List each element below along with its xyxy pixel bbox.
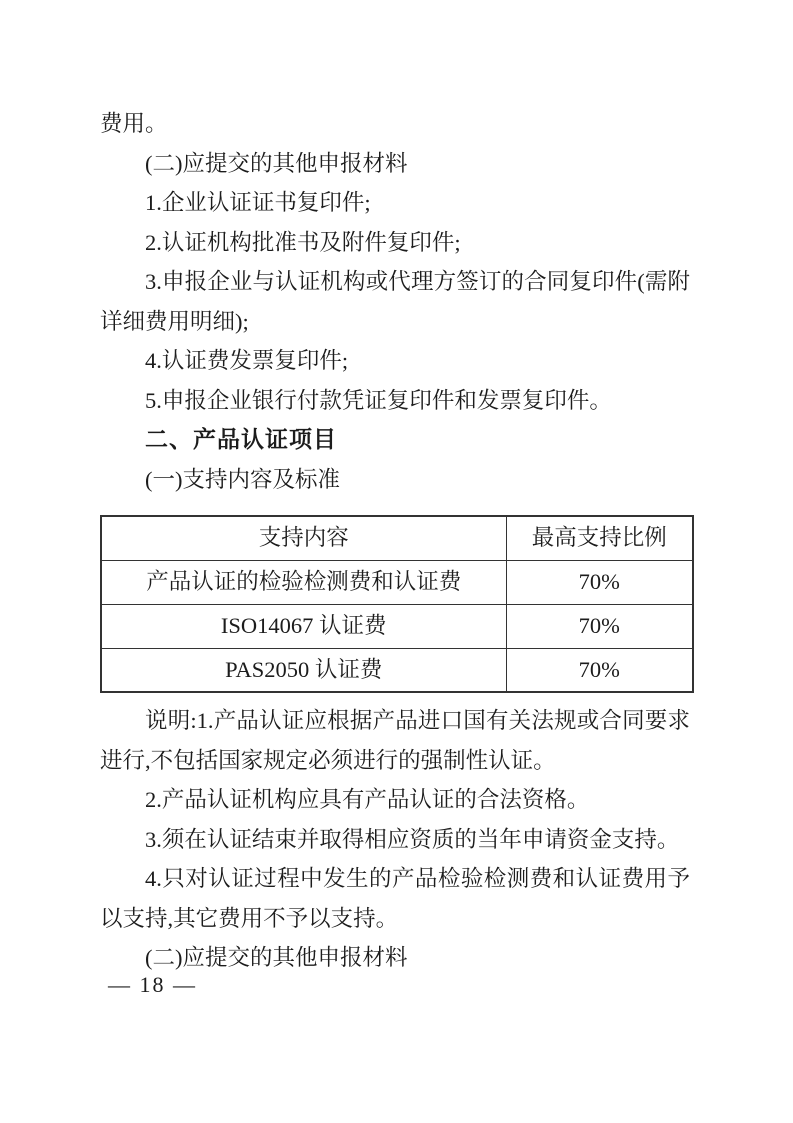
table-cell-ratio: 70% bbox=[506, 604, 693, 648]
table-header-max-support-ratio: 最高支持比例 bbox=[506, 516, 693, 560]
document-body: 费用。 (二)应提交的其他申报材料 1.企业认证证书复印件; 2.认证机构批准书… bbox=[100, 104, 690, 978]
heading-section1-sub2: (二)应提交的其他申报材料 bbox=[100, 144, 690, 184]
note-2: 2.产品认证机构应具有产品认证的合法资格。 bbox=[100, 780, 690, 820]
list-item-1: 1.企业认证证书复印件; bbox=[100, 183, 690, 223]
table-cell-item: PAS2050 认证费 bbox=[101, 648, 506, 692]
table-header-row: 支持内容 最高支持比例 bbox=[101, 516, 693, 560]
heading-section2: 二、产品认证项目 bbox=[100, 420, 690, 460]
note-4: 4.只对认证过程中发生的产品检验检测费和认证费用予以支持,其它费用不予以支持。 bbox=[100, 859, 690, 938]
document-page: 费用。 (二)应提交的其他申报材料 1.企业认证证书复印件; 2.认证机构批准书… bbox=[0, 0, 793, 1123]
list-item-3: 3.申报企业与认证机构或代理方签订的合同复印件(需附详细费用明细); bbox=[100, 262, 690, 341]
support-content-table: 支持内容 最高支持比例 产品认证的检验检测费和认证费 70% ISO14067 … bbox=[100, 515, 694, 693]
note-1: 说明:1.产品认证应根据产品进口国有关法规或合同要求进行,不包括国家规定必须进行… bbox=[100, 701, 690, 780]
list-item-5: 5.申报企业银行付款凭证复印件和发票复印件。 bbox=[100, 381, 690, 421]
table-row-product-cert: 产品认证的检验检测费和认证费 70% bbox=[101, 560, 693, 604]
heading-section2-sub1: (一)支持内容及标准 bbox=[100, 460, 690, 500]
table-cell-ratio: 70% bbox=[506, 560, 693, 604]
paragraph-continuation: 费用。 bbox=[100, 104, 690, 144]
list-item-4: 4.认证费发票复印件; bbox=[100, 341, 690, 381]
note-3: 3.须在认证结束并取得相应资质的当年申请资金支持。 bbox=[100, 820, 690, 860]
table-cell-ratio: 70% bbox=[506, 648, 693, 692]
table-header-support-content: 支持内容 bbox=[101, 516, 506, 560]
list-item-2: 2.认证机构批准书及附件复印件; bbox=[100, 223, 690, 263]
table-cell-item: 产品认证的检验检测费和认证费 bbox=[101, 560, 506, 604]
table-row-pas2050: PAS2050 认证费 70% bbox=[101, 648, 693, 692]
table-row-iso14067: ISO14067 认证费 70% bbox=[101, 604, 693, 648]
page-number: — 18 — bbox=[108, 972, 197, 998]
table-cell-item: ISO14067 认证费 bbox=[101, 604, 506, 648]
